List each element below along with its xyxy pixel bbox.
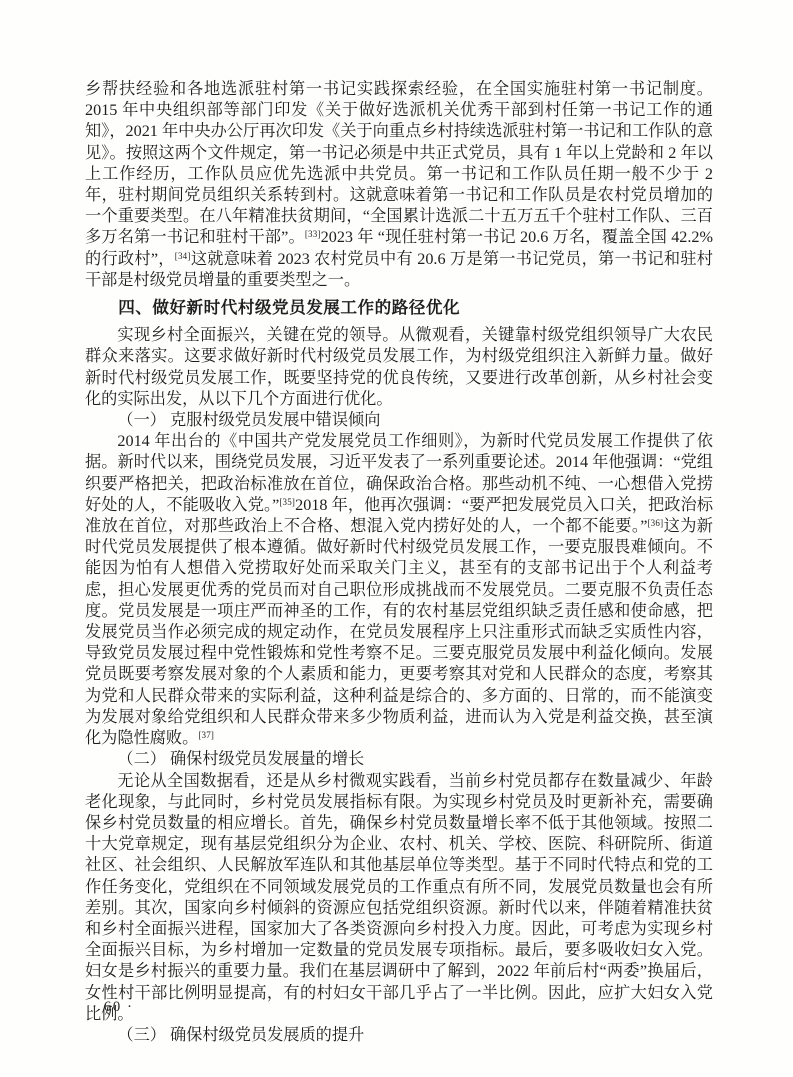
citation-marker: [33] [305, 229, 321, 239]
paragraph: 2014 年出台的《中国共产党发展党员工作细则》，为新时代党员发展工作提供了依据… [85, 431, 713, 749]
paragraph: 实现乡村全面振兴，关键在党的领导。从微观看，关键靠村级党组织领导广大农民群众来落… [85, 325, 713, 410]
article-body: 乡帮扶经验和各地选派驻村第一书记实践探索经验，在全国实施驻村第一书记制度。201… [85, 79, 713, 1046]
document-page: 乡帮扶经验和各地选派驻村第一书记实践探索经验，在全国实施驻村第一书记制度。201… [0, 0, 793, 1077]
citation-marker: [37] [198, 730, 214, 740]
citation-marker: [34] [175, 251, 191, 261]
citation-marker: [35] [279, 497, 295, 507]
subsection-heading: （三） 确保村级党员发展质的提升 [85, 1025, 713, 1046]
subsection-heading: （一） 克服村级党员发展中错误倾向 [85, 410, 713, 431]
page-number: · 60 · [92, 999, 134, 1016]
section-heading: 四、做好新时代村级党员发展工作的路径优化 [85, 297, 713, 318]
citation-marker: [36] [647, 518, 663, 528]
paragraph: 无论从全国数据看，还是从乡村微观实践看，当前乡村党员都存在数量减少、年龄老化现象… [85, 771, 713, 1025]
subsection-heading: （二） 确保村级党员发展量的增长 [85, 749, 713, 770]
paragraph: 乡帮扶经验和各地选派驻村第一书记实践探索经验，在全国实施驻村第一书记制度。201… [85, 79, 713, 291]
